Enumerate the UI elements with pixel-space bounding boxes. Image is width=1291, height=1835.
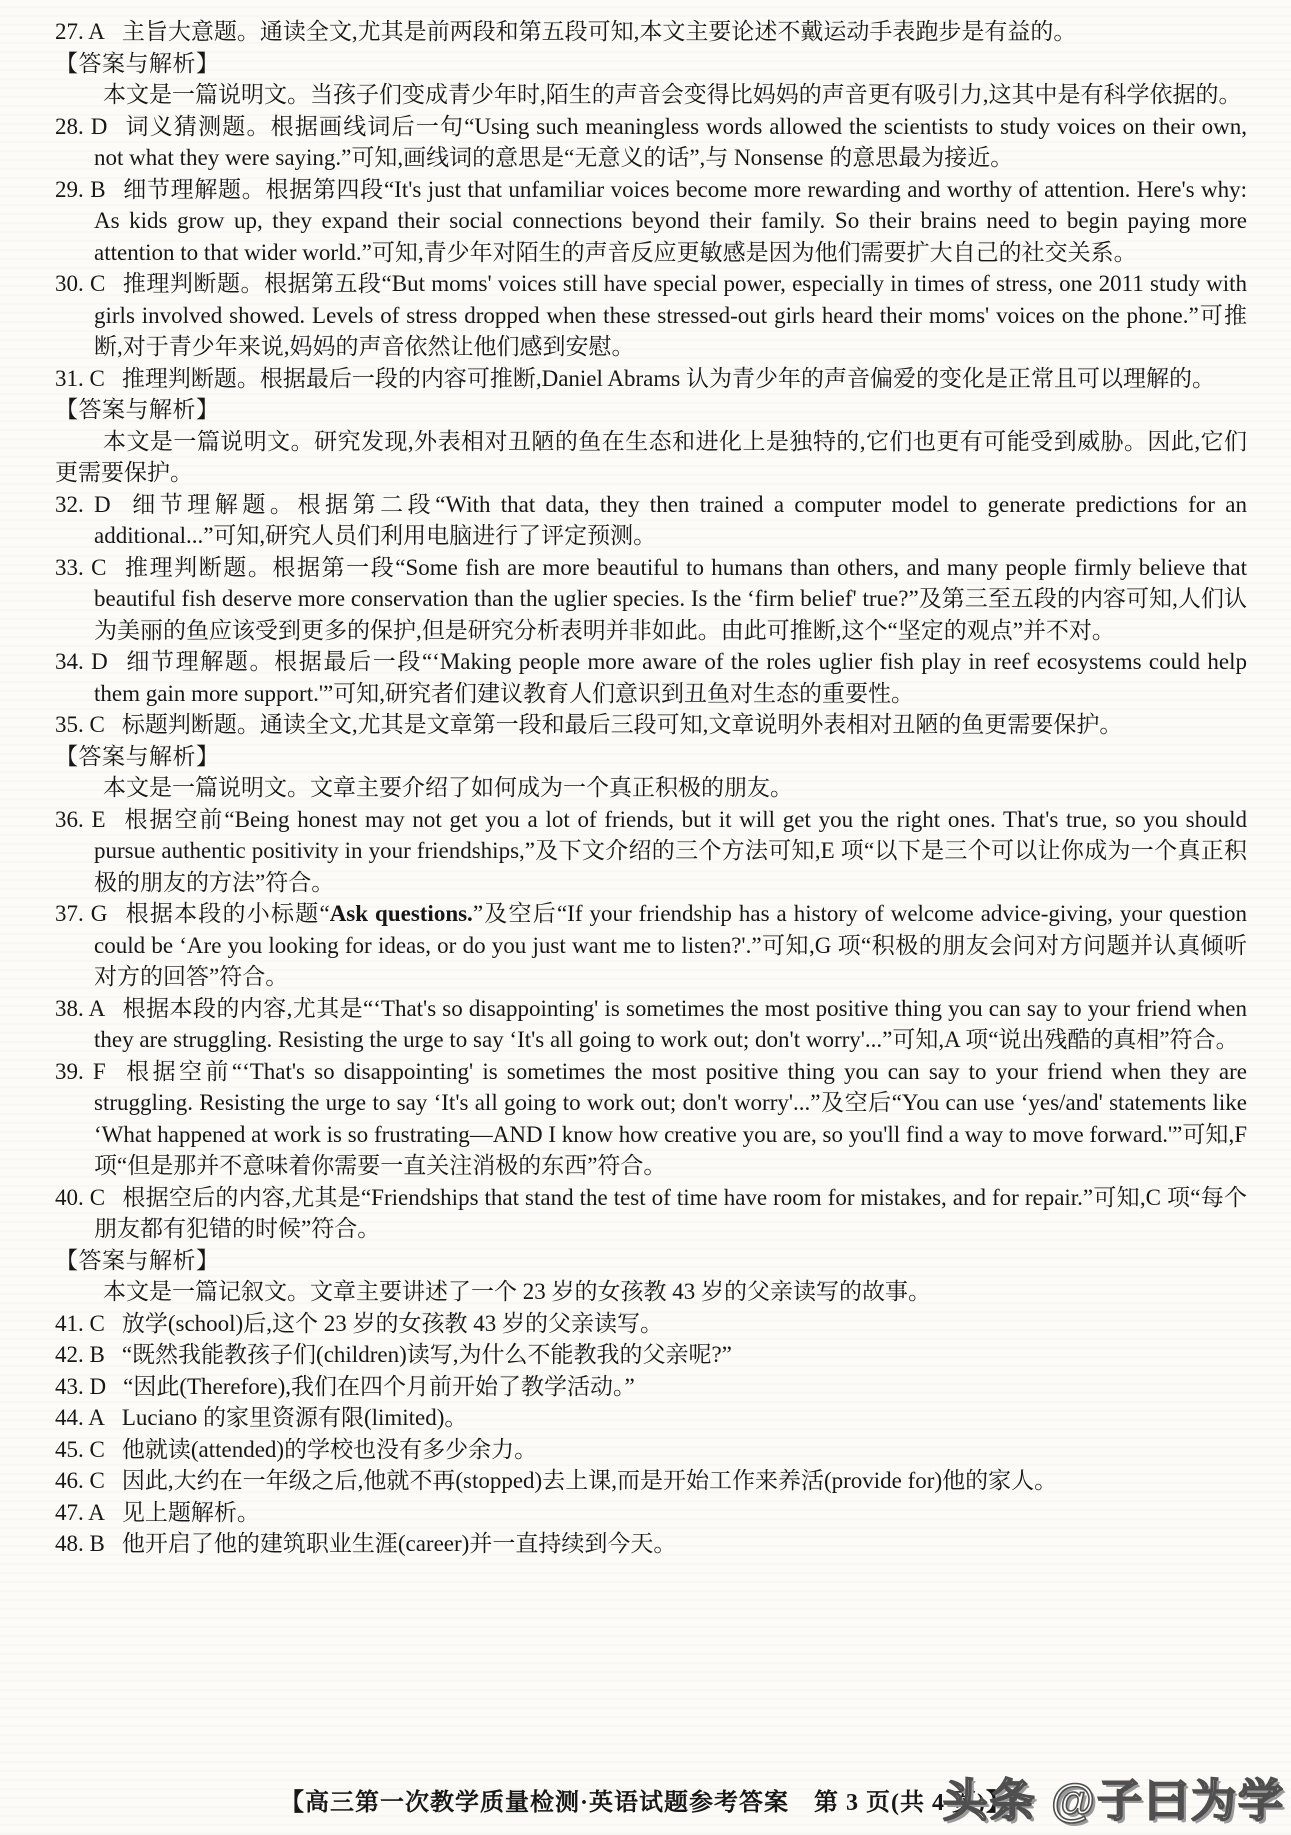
answer-item: 37. G根据本段的小标题“Ask questions.”及空后“If your…	[55, 898, 1247, 993]
answer-number: 42. B	[55, 1342, 105, 1367]
answer-number: 28. D	[55, 114, 107, 139]
answer-item: 34. D细节理解题。根据最后一段“‘Making people more aw…	[55, 646, 1247, 709]
summary-paragraph: 本文是一篇记叙文。文章主要讲述了一个 23 岁的女孩教 43 岁的父亲读写的故事…	[55, 1276, 1247, 1308]
answer-number: 44. A	[55, 1405, 105, 1430]
answer-item: 35. C标题判断题。通读全文,尤其是文章第一段和最后三段可知,文章说明外表相对…	[55, 709, 1247, 741]
answer-item: 36. E根据空前“Being honest may not get you a…	[55, 804, 1247, 899]
answer-number: 45. C	[55, 1437, 105, 1462]
answer-number: 27. A	[55, 19, 105, 44]
section-header: 【答案与解析】	[55, 394, 1247, 426]
answer-number: 38. A	[55, 996, 105, 1021]
answer-item: 44. ALuciano 的家里资源有限(limited)。	[55, 1402, 1247, 1434]
answer-text: 他就读(attended)的学校也没有多少余力。	[122, 1437, 537, 1462]
answer-number: 37. G	[55, 901, 107, 926]
answer-text: 放学(school)后,这个 23 岁的女孩教 43 岁的父亲读写。	[122, 1311, 663, 1336]
answer-item: 38. A根据本段的内容,尤其是“‘That's so disappointin…	[55, 993, 1247, 1056]
answer-number: 48. B	[55, 1531, 105, 1556]
answer-item: 43. D“因此(Therefore),我们在四个月前开始了教学活动。”	[55, 1371, 1247, 1403]
answer-number: 31. C	[55, 366, 105, 391]
answer-item: 46. C因此,大约在一年级之后,他就不再(stopped)去上课,而是开始工作…	[55, 1465, 1247, 1497]
answer-item: 42. B“既然我能教孩子们(children)读写,为什么不能教我的父亲呢?”	[55, 1339, 1247, 1371]
answer-text: 推理判断题。根据最后一段的内容可推断,Daniel Abrams 认为青少年的声…	[122, 366, 1215, 391]
summary-paragraph: 本文是一篇说明文。研究发现,外表相对丑陋的鱼在生态和进化上是独特的,它们也更有可…	[55, 426, 1247, 489]
answer-text: 标题判断题。通读全文,尤其是文章第一段和最后三段可知,文章说明外表相对丑陋的鱼更…	[122, 712, 1123, 737]
document-body: 27. A主旨大意题。通读全文,尤其是前两段和第五段可知,本文主要论述不戴运动手…	[55, 16, 1247, 1560]
answer-text: 细节理解题。根据第二段“With that data, they then tr…	[94, 492, 1247, 549]
answer-number: 34. D	[55, 649, 108, 674]
answer-item: 45. C他就读(attended)的学校也没有多少余力。	[55, 1434, 1247, 1466]
answer-number: 36. E	[55, 807, 106, 832]
answer-number: 40. C	[55, 1185, 105, 1210]
answer-number: 47. A	[55, 1500, 105, 1525]
answer-text: 见上题解析。	[122, 1500, 260, 1525]
answer-text: 因此,大约在一年级之后,他就不再(stopped)去上课,而是开始工作来养活(p…	[122, 1468, 1057, 1493]
answer-text: 根据空前“Being honest may not get you a lot …	[94, 807, 1247, 895]
answer-text: 根据本段的小标题“	[124, 901, 329, 926]
answer-item: 32. D细节理解题。根据第二段“With that data, they th…	[55, 489, 1247, 552]
answer-number: 43. D	[55, 1374, 106, 1399]
answer-item: 30. C推理判断题。根据第五段“But moms' voices still …	[55, 268, 1247, 363]
answer-text: “既然我能教孩子们(children)读写,为什么不能教我的父亲呢?”	[122, 1342, 732, 1367]
answer-item: 48. B他开启了他的建筑职业生涯(career)并一直持续到今天。	[55, 1528, 1247, 1560]
answer-number: 35. C	[55, 712, 105, 737]
answer-text: 根据空前“‘That's so disappointing' is someti…	[94, 1059, 1247, 1179]
answer-number: 46. C	[55, 1468, 105, 1493]
summary-paragraph: 本文是一篇说明文。文章主要介绍了如何成为一个真正积极的朋友。	[55, 772, 1247, 804]
answer-text: 根据本段的内容,尤其是“‘That's so disappointing' is…	[94, 996, 1247, 1053]
answer-item: 40. C根据空后的内容,尤其是“Friendships that stand …	[55, 1182, 1247, 1245]
answer-text: Luciano 的家里资源有限(limited)。	[122, 1405, 468, 1430]
answer-text: 细节理解题。根据最后一段“‘Making people more aware o…	[94, 649, 1247, 706]
answer-text: 根据空后的内容,尤其是“Friendships that stand the t…	[94, 1185, 1247, 1242]
answer-item: 33. C推理判断题。根据第一段“Some fish are more beau…	[55, 552, 1247, 647]
answer-item: 27. A主旨大意题。通读全文,尤其是前两段和第五段可知,本文主要论述不戴运动手…	[55, 16, 1247, 48]
section-header: 【答案与解析】	[55, 1245, 1247, 1277]
answer-number: 39. F	[55, 1059, 106, 1084]
answer-number: 32. D	[55, 492, 111, 517]
answer-item: 41. C放学(school)后,这个 23 岁的女孩教 43 岁的父亲读写。	[55, 1308, 1247, 1340]
answer-item: 29. B细节理解题。根据第四段“It's just that unfamili…	[55, 174, 1247, 269]
answer-number: 33. C	[55, 555, 106, 580]
section-header: 【答案与解析】	[55, 741, 1247, 773]
scanned-answer-page: 27. A主旨大意题。通读全文,尤其是前两段和第五段可知,本文主要论述不戴运动手…	[0, 0, 1291, 1835]
answer-text: 主旨大意题。通读全文,尤其是前两段和第五段可知,本文主要论述不戴运动手表跑步是有…	[122, 19, 1077, 44]
summary-paragraph: 本文是一篇说明文。当孩子们变成青少年时,陌生的声音会变得比妈妈的声音更有吸引力,…	[55, 79, 1247, 111]
answer-number: 41. C	[55, 1311, 105, 1336]
section-header: 【答案与解析】	[55, 48, 1247, 80]
answer-text: “因此(Therefore),我们在四个月前开始了教学活动。”	[123, 1374, 635, 1399]
answer-text: 他开启了他的建筑职业生涯(career)并一直持续到今天。	[122, 1531, 676, 1556]
watermark-text: 头条 @子曰为学	[943, 1764, 1285, 1829]
answer-item: 39. F根据空前“‘That's so disappointing' is s…	[55, 1056, 1247, 1182]
answer-text: 推理判断题。根据第一段“Some fish are more beautiful…	[94, 555, 1247, 643]
answer-text-bold: Ask questions.	[330, 901, 473, 926]
answer-item: 28. D词义猜测题。根据画线词后一句“Using such meaningle…	[55, 111, 1247, 174]
answer-text: 推理判断题。根据第五段“But moms' voices still have …	[94, 271, 1247, 359]
answer-number: 29. B	[55, 177, 106, 202]
answer-item: 31. C推理判断题。根据最后一段的内容可推断,Daniel Abrams 认为…	[55, 363, 1247, 395]
answer-text: 词义猜测题。根据画线词后一句“Using such meaningless wo…	[94, 114, 1247, 171]
answer-text: 细节理解题。根据第四段“It's just that unfamiliar vo…	[94, 177, 1247, 265]
answer-item: 47. A见上题解析。	[55, 1497, 1247, 1529]
answer-number: 30. C	[55, 271, 105, 296]
